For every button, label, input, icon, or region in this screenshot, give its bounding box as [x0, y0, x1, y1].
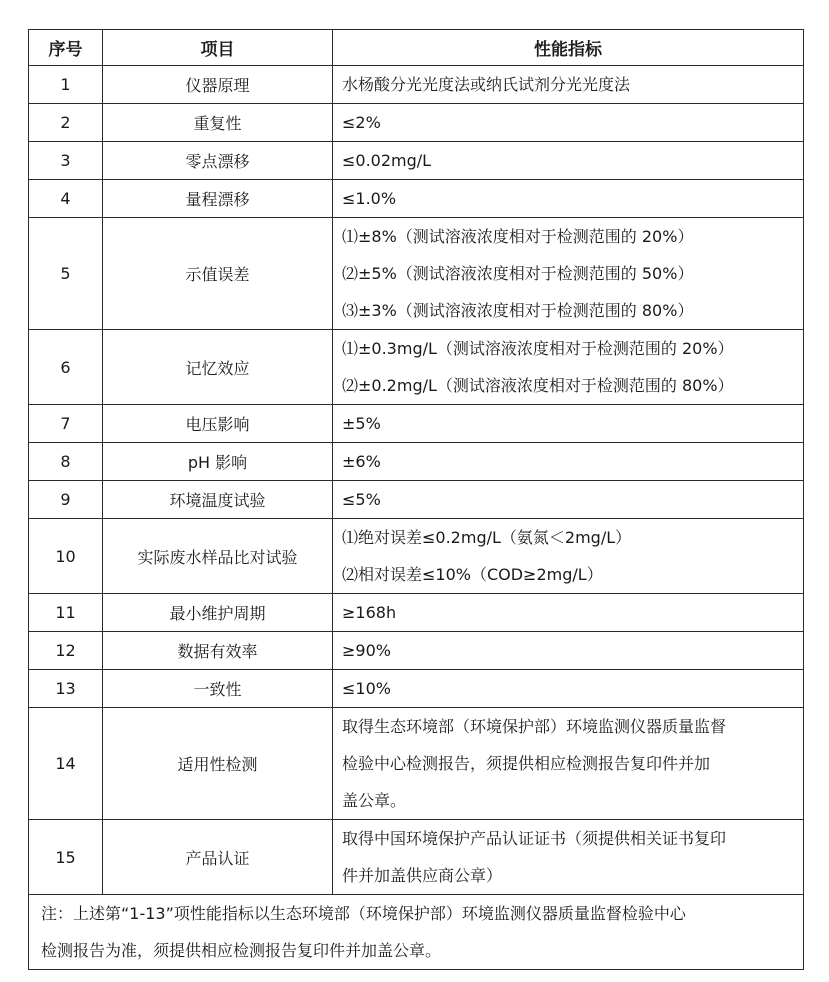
spec-line: ⑴绝对误差≤0.2mg/L（氨氮＜2mg/L）	[342, 519, 797, 556]
row-no: 3	[29, 142, 103, 180]
row-spec: 取得中国环境保护产品认证证书（须提供相关证书复印 件并加盖供应商公章）	[333, 820, 804, 895]
row-item: 示值误差	[103, 218, 333, 330]
row-spec: ≤1.0%	[333, 180, 804, 218]
row-no: 7	[29, 405, 103, 443]
spec-line: ⑵相对误差≤10%（COD≥2mg/L）	[342, 556, 797, 593]
spec-line: 取得中国环境保护产品认证证书（须提供相关证书复印	[342, 820, 797, 857]
table-row: 9 环境温度试验 ≤5%	[29, 481, 804, 519]
row-no: 14	[29, 708, 103, 820]
row-no: 2	[29, 104, 103, 142]
row-item: 记忆效应	[103, 330, 333, 405]
table-row: 11 最小维护周期 ≥168h	[29, 594, 804, 632]
note-row: 注：上述第“1-13”项性能指标以生态环境部（环境保护部）环境监测仪器质量监督检…	[29, 895, 804, 970]
header-item: 项目	[103, 30, 333, 66]
row-no: 6	[29, 330, 103, 405]
row-no: 5	[29, 218, 103, 330]
row-no: 9	[29, 481, 103, 519]
row-item: 产品认证	[103, 820, 333, 895]
row-no: 13	[29, 670, 103, 708]
header-no: 序号	[29, 30, 103, 66]
spec-line: ±6%	[342, 443, 797, 480]
spec-line: ≥168h	[342, 594, 797, 631]
row-no: 12	[29, 632, 103, 670]
table-row: 6 记忆效应 ⑴±0.3mg/L（测试溶液浓度相对于检测范围的 20%） ⑵±0…	[29, 330, 804, 405]
spec-line: 盖公章。	[342, 782, 797, 819]
row-spec: ⑴±0.3mg/L（测试溶液浓度相对于检测范围的 20%） ⑵±0.2mg/L（…	[333, 330, 804, 405]
spec-line: ⑴±0.3mg/L（测试溶液浓度相对于检测范围的 20%）	[342, 330, 797, 367]
row-item: 实际废水样品比对试验	[103, 519, 333, 594]
table-row: 14 适用性检测 取得生态环境部（环境保护部）环境监测仪器质量监督 检验中心检测…	[29, 708, 804, 820]
spec-line: ≤2%	[342, 104, 797, 141]
spec-line: ≤1.0%	[342, 180, 797, 217]
spec-line: ⑵±0.2mg/L（测试溶液浓度相对于检测范围的 80%）	[342, 367, 797, 404]
row-no: 10	[29, 519, 103, 594]
table-header-row: 序号 项目 性能指标	[29, 30, 804, 66]
table-row: 12 数据有效率 ≥90%	[29, 632, 804, 670]
row-spec: ≤2%	[333, 104, 804, 142]
table-row: 4 量程漂移 ≤1.0%	[29, 180, 804, 218]
spec-line: ≥90%	[342, 632, 797, 669]
row-no: 4	[29, 180, 103, 218]
table-row: 8 pH 影响 ±6%	[29, 443, 804, 481]
row-item: 电压影响	[103, 405, 333, 443]
row-spec: ±6%	[333, 443, 804, 481]
table-note: 注：上述第“1-13”项性能指标以生态环境部（环境保护部）环境监测仪器质量监督检…	[29, 895, 804, 970]
table-row: 15 产品认证 取得中国环境保护产品认证证书（须提供相关证书复印 件并加盖供应商…	[29, 820, 804, 895]
spec-line: ≤0.02mg/L	[342, 142, 797, 179]
row-spec: ±5%	[333, 405, 804, 443]
row-item: 最小维护周期	[103, 594, 333, 632]
spec-line: 件并加盖供应商公章）	[342, 857, 797, 894]
row-item: 一致性	[103, 670, 333, 708]
spec-line: 取得生态环境部（环境保护部）环境监测仪器质量监督	[342, 708, 797, 745]
row-item: 仪器原理	[103, 66, 333, 104]
table-row: 3 零点漂移 ≤0.02mg/L	[29, 142, 804, 180]
row-no: 1	[29, 66, 103, 104]
table-row: 2 重复性 ≤2%	[29, 104, 804, 142]
note-line: 注：上述第“1-13”项性能指标以生态环境部（环境保护部）环境监测仪器质量监督检…	[41, 895, 795, 932]
row-spec: ⑴绝对误差≤0.2mg/L（氨氮＜2mg/L） ⑵相对误差≤10%（COD≥2m…	[333, 519, 804, 594]
table-row: 10 实际废水样品比对试验 ⑴绝对误差≤0.2mg/L（氨氮＜2mg/L） ⑵相…	[29, 519, 804, 594]
spec-line: ≤10%	[342, 670, 797, 707]
row-item: 适用性检测	[103, 708, 333, 820]
row-item: 重复性	[103, 104, 333, 142]
row-no: 8	[29, 443, 103, 481]
row-item: 数据有效率	[103, 632, 333, 670]
row-spec: ⑴±8%（测试溶液浓度相对于检测范围的 20%） ⑵±5%（测试溶液浓度相对于检…	[333, 218, 804, 330]
row-spec: ≤10%	[333, 670, 804, 708]
row-spec: ≥90%	[333, 632, 804, 670]
table-row: 7 电压影响 ±5%	[29, 405, 804, 443]
row-item: pH 影响	[103, 443, 333, 481]
row-item: 环境温度试验	[103, 481, 333, 519]
spec-line: ⑴±8%（测试溶液浓度相对于检测范围的 20%）	[342, 218, 797, 255]
row-spec: ≤0.02mg/L	[333, 142, 804, 180]
spec-line: 水杨酸分光光度法或纳氏试剂分光光度法	[342, 66, 797, 103]
spec-line: ⑵±5%（测试溶液浓度相对于检测范围的 50%）	[342, 255, 797, 292]
row-no: 11	[29, 594, 103, 632]
spec-line: ≤5%	[342, 481, 797, 518]
table-row: 13 一致性 ≤10%	[29, 670, 804, 708]
row-spec: ≥168h	[333, 594, 804, 632]
row-item: 量程漂移	[103, 180, 333, 218]
table-row: 1 仪器原理 水杨酸分光光度法或纳氏试剂分光光度法	[29, 66, 804, 104]
performance-spec-table: 序号 项目 性能指标 1 仪器原理 水杨酸分光光度法或纳氏试剂分光光度法 2 重…	[28, 29, 804, 970]
row-no: 15	[29, 820, 103, 895]
header-spec: 性能指标	[333, 30, 804, 66]
row-spec: 水杨酸分光光度法或纳氏试剂分光光度法	[333, 66, 804, 104]
spec-line: 检验中心检测报告，须提供相应检测报告复印件并加	[342, 745, 797, 782]
row-spec: ≤5%	[333, 481, 804, 519]
row-item: 零点漂移	[103, 142, 333, 180]
row-spec: 取得生态环境部（环境保护部）环境监测仪器质量监督 检验中心检测报告，须提供相应检…	[333, 708, 804, 820]
spec-line: ±5%	[342, 405, 797, 442]
note-line: 检测报告为准，须提供相应检测报告复印件并加盖公章。	[41, 932, 795, 969]
spec-line: ⑶±3%（测试溶液浓度相对于检测范围的 80%）	[342, 292, 797, 329]
table-row: 5 示值误差 ⑴±8%（测试溶液浓度相对于检测范围的 20%） ⑵±5%（测试溶…	[29, 218, 804, 330]
